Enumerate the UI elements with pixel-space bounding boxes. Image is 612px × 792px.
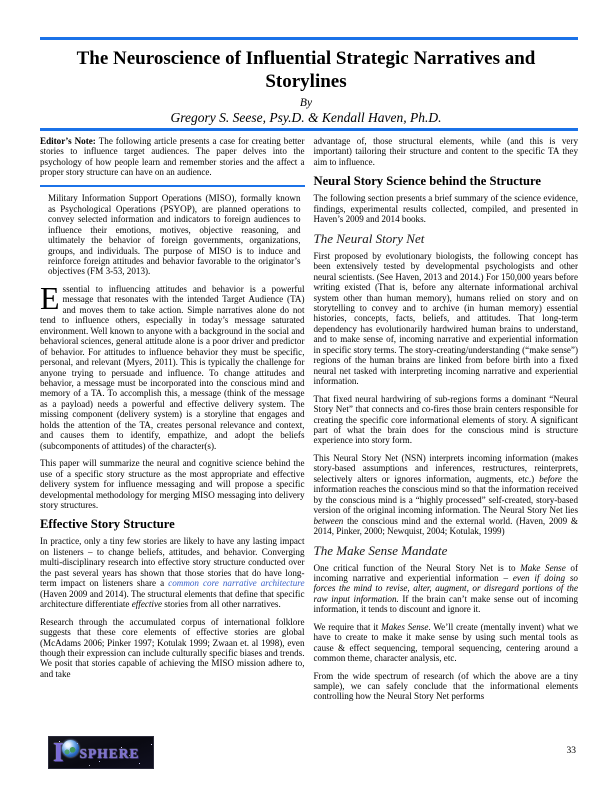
nsn-interprets-paragraph: This Neural Story Net (NSN) interprets i… [314, 453, 579, 537]
text-run: That fixed neural hardwiring of sub-regi… [314, 394, 579, 446]
text-run: Military Information Support Operations … [48, 193, 301, 276]
text-run: One critical function of the Neural Stor… [314, 563, 521, 573]
text-run: We require that it [314, 622, 382, 632]
text-run: the conscious mind and the external worl… [314, 516, 579, 536]
section-heading-neural-story-science: Neural Story Science behind the Structur… [314, 174, 579, 188]
editors-note-rule [40, 185, 305, 188]
iosphere-logo: I SPHERE [48, 736, 154, 769]
header-rule-top [40, 37, 578, 40]
one-critical-paragraph: One critical function of the Neural Stor… [314, 563, 579, 615]
article-title: The Neuroscience of Influential Strategi… [50, 47, 562, 93]
text-run: common core narrative architecture [168, 578, 304, 588]
dropcap-paragraph-text: ssential to influencing attitudes and be… [40, 284, 305, 451]
text-run: Make Sense [520, 563, 566, 573]
subsection-heading-make-sense-mandate: The Make Sense Mandate [314, 544, 579, 558]
miso-callout-paragraph: Military Information Support Operations … [40, 193, 305, 277]
right-column: advantage of, those structural elements,… [314, 136, 579, 709]
text-run: advantage of, those structural elements,… [314, 136, 579, 167]
advantage-paragraph: advantage of, those structural elements,… [314, 136, 579, 167]
logo-text-sphere: SPHERE [80, 746, 140, 762]
research-paragraph: Research through the accumulated corpus … [40, 617, 305, 680]
text-run: First proposed by evolutionary biologist… [314, 251, 579, 386]
globe-icon [62, 740, 79, 757]
practice-paragraph: In practice, only a tiny few stories are… [40, 536, 305, 609]
subsection-heading-neural-story-net: The Neural Story Net [314, 232, 579, 246]
text-run: between [314, 516, 344, 526]
first-proposed-paragraph: First proposed by evolutionary biologist… [314, 251, 579, 387]
logo-letter-i: I [53, 739, 64, 766]
text-run: ssential to influencing attitudes and be… [40, 284, 305, 451]
dropcap-paragraph: Essential to influencing attitudes and b… [40, 284, 305, 451]
header-rule-bottom [40, 128, 578, 131]
article-page: The Neuroscience of Influential Strategi… [0, 0, 612, 792]
following-section-paragraph: The following section presents a brief s… [314, 193, 579, 224]
wide-spectrum-paragraph: From the wide spectrum of research (of w… [314, 671, 579, 702]
text-run: effective [132, 599, 162, 609]
text-run: stories from all other narratives. [162, 599, 281, 609]
text-run: This paper will summarize the neural and… [40, 458, 305, 510]
text-run: Makes Sense [381, 622, 428, 632]
dropcap-letter: E [40, 284, 63, 311]
byline-prefix: By [0, 97, 612, 109]
paper-summary-paragraph: This paper will summarize the neural and… [40, 458, 305, 510]
text-run: The following section presents a brief s… [314, 193, 579, 224]
page-number: 33 [567, 746, 577, 756]
text-run: Editor’s Note: [40, 136, 99, 146]
we-require-paragraph: We require that it Makes Sense. We’ll cr… [314, 622, 579, 664]
left-column: Editor’s Note: The following article pre… [40, 136, 305, 709]
two-column-body: Editor’s Note: The following article pre… [40, 136, 578, 709]
fixed-hardwiring-paragraph: That fixed neural hardwiring of sub-regi… [314, 394, 579, 446]
editors-note: Editor’s Note: The following article pre… [40, 136, 305, 178]
byline-authors: Gregory S. Seese, Psy.D. & Kendall Haven… [0, 110, 612, 125]
text-run: From the wide spectrum of research (of w… [314, 671, 579, 702]
text-run: Research through the accumulated corpus … [40, 617, 305, 679]
section-heading-effective-story-structure: Effective Story Structure [40, 517, 305, 531]
text-run: before [539, 474, 562, 484]
